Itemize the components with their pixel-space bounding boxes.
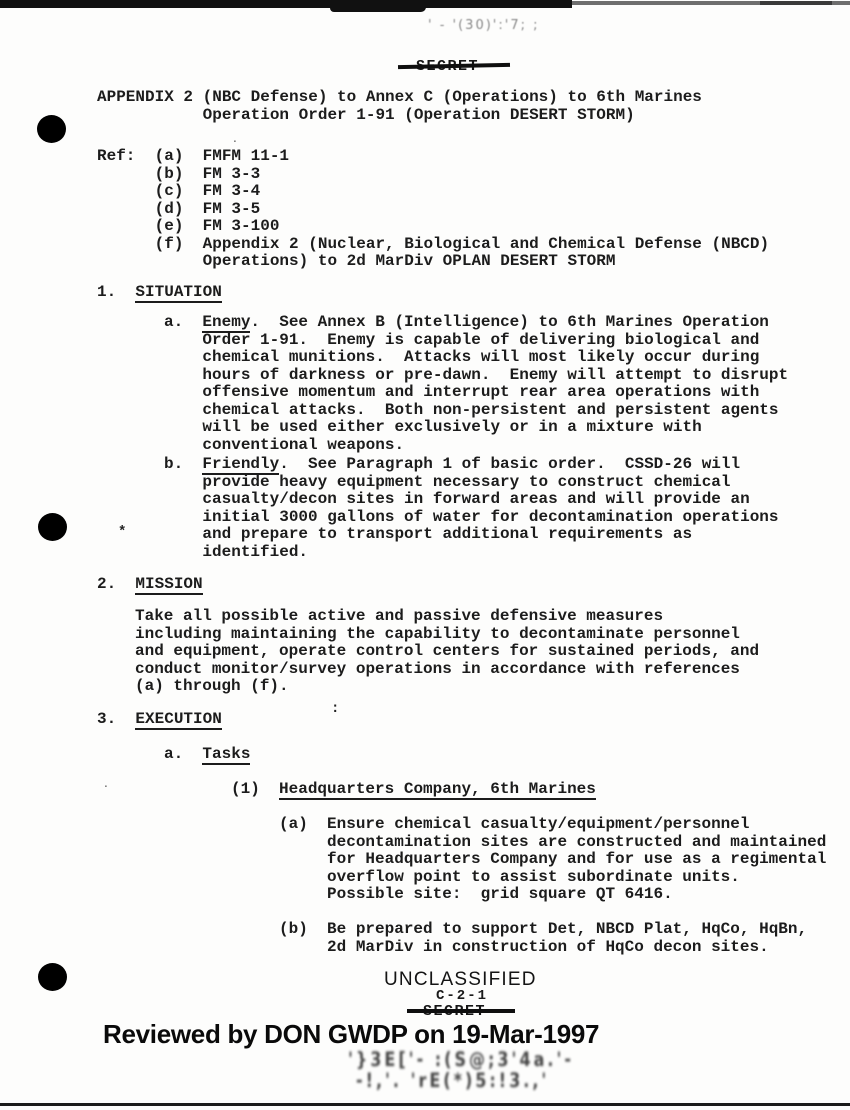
section-number: 2. <box>97 575 116 593</box>
hole-punch-mark <box>37 115 66 143</box>
secret-strike-line-bottom <box>407 1009 515 1013</box>
asterisk-artifact: * <box>118 524 126 540</box>
scanned-document-page: { "header": { "text": "APPENDIX 2 (NBC D… <box>0 0 850 1110</box>
hq-company-heading: (1)Headquarters Company, 6th Marines <box>231 781 596 799</box>
section-title: SITUATION <box>135 283 221 303</box>
paragraph-label: (1) <box>231 780 260 798</box>
section-title: MISSION <box>135 575 202 595</box>
paragraph-body: . See Annex B (Intelligence) to 6th Mari… <box>164 313 788 454</box>
task-b-paragraph: (b)Be prepared to support Det, NBCD Plat… <box>279 921 807 956</box>
paragraph-label: (a) <box>279 815 308 833</box>
review-stamp: Reviewed by DON GWDP on 19-Mar-1997 <box>103 1019 599 1050</box>
paragraph-body: Ensure chemical casualty/equipment/perso… <box>279 815 826 903</box>
paragraph-title: Tasks <box>202 745 250 765</box>
paragraph-enemy: a.Enemy. See Annex B (Intelligence) to 6… <box>164 314 788 454</box>
document-header: APPENDIX 2 (NBC Defense) to Annex C (Ope… <box>97 89 702 124</box>
secret-stamp-bottom: SECRET <box>423 1002 486 1020</box>
paragraph-label: (b) <box>279 920 308 938</box>
section-number: 1. <box>97 283 116 301</box>
task-a-paragraph: (a)Ensure chemical casualty/equipment/pe… <box>279 816 826 904</box>
section-title: EXECUTION <box>135 710 221 730</box>
colon-artifact: : <box>331 701 339 717</box>
paragraph-friendly: b.Friendly. See Paragraph 1 of basic ord… <box>164 456 779 561</box>
paragraph-label: a. <box>164 745 183 763</box>
hole-punch-mark <box>38 513 67 541</box>
paragraph-body: Be prepared to support Det, NBCD Plat, H… <box>279 920 807 956</box>
section-execution-heading: 3.EXECUTION <box>97 711 222 729</box>
top-scan-edge-right <box>760 1 832 5</box>
hole-punch-mark <box>38 963 67 991</box>
secret-stamp-top: SECRET <box>416 57 479 75</box>
section-situation-heading: 1.SITUATION <box>97 284 222 302</box>
paragraph-label: a. <box>164 313 183 331</box>
tasks-heading: a.Tasks <box>164 746 250 764</box>
speck-artifact: . <box>104 776 108 790</box>
paragraph-title: Headquarters Company, 6th Marines <box>279 780 596 800</box>
top-scan-edge-black <box>0 0 572 8</box>
paragraph-label: b. <box>164 455 183 473</box>
stamp-smudge-line1: '}3E['- :(S@;3'4a.'- <box>348 1048 574 1071</box>
section-number: 3. <box>97 710 116 728</box>
speck-artifact: . <box>233 131 237 145</box>
bottom-scan-line <box>0 1103 850 1106</box>
mission-paragraph: Take all possible active and passive def… <box>135 608 759 696</box>
stamp-smudge-line2: -!,'. 'rE(*)5:!3.,' <box>356 1069 549 1092</box>
top-scan-blob <box>330 0 426 12</box>
pencil-marks: ' - '(30)':'7; ; <box>428 18 539 33</box>
references-list: Ref: (a) FMFM 11-1 (b) FM 3-3 (c) FM 3-4… <box>97 148 769 271</box>
section-mission-heading: 2.MISSION <box>97 576 203 594</box>
